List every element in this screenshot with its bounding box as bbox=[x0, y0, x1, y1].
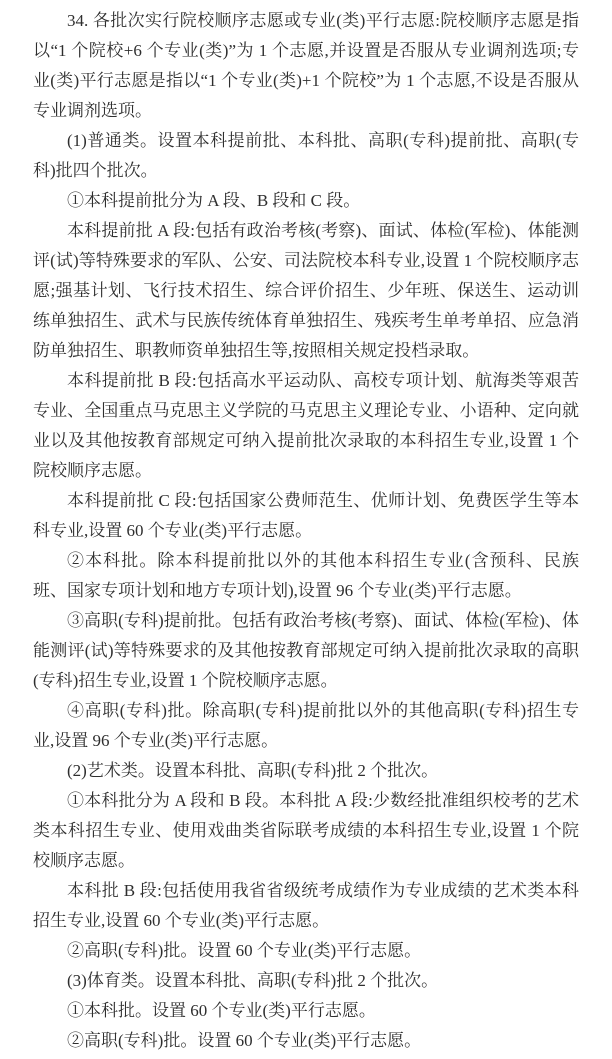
paragraph-art-undergrad-batch-a: ①本科批分为 A 段和 B 段。本科批 A 段:少数经批准组织校考的艺术类本科招… bbox=[33, 786, 579, 876]
paragraph-general-undergrad-batch: ②本科批。除本科提前批以外的其他本科招生专业(含预科、民族班、国家专项计划和地方… bbox=[33, 546, 579, 606]
paragraph-general-early-batch-b: 本科提前批 B 段:包括高水平运动队、高校专项计划、航海类等艰苦专业、全国重点马… bbox=[33, 366, 579, 486]
document-page: 34. 各批次实行院校顺序志愿或专业(类)平行志愿:院校顺序志愿是指以“1 个院… bbox=[0, 0, 612, 1059]
document-body: 34. 各批次实行院校顺序志愿或专业(类)平行志愿:院校顺序志愿是指以“1 个院… bbox=[33, 6, 579, 1056]
paragraph-general-vocational-batch: ④高职(专科)批。除高职(专科)提前批以外的其他高职(专科)招生专业,设置 96… bbox=[33, 696, 579, 756]
paragraph-sports-undergrad-batch: ①本科批。设置 60 个专业(类)平行志愿。 bbox=[33, 996, 579, 1026]
paragraph-general-vocational-early-batch: ③高职(专科)提前批。包括有政治考核(考察)、面试、体检(军检)、体能测评(试)… bbox=[33, 606, 579, 696]
paragraph-general-early-batch-a: 本科提前批 A 段:包括有政治考核(考察)、面试、体检(军检)、体能测评(试)等… bbox=[33, 216, 579, 366]
paragraph-category-2-art: (2)艺术类。设置本科批、高职(专科)批 2 个批次。 bbox=[33, 756, 579, 786]
paragraph-category-1-general: (1)普通类。设置本科提前批、本科批、高职(专科)提前批、高职(专科)批四个批次… bbox=[33, 126, 579, 186]
paragraph-item-34-intro: 34. 各批次实行院校顺序志愿或专业(类)平行志愿:院校顺序志愿是指以“1 个院… bbox=[33, 6, 579, 126]
paragraph-art-undergrad-batch-b: 本科批 B 段:包括使用我省省级统考成绩作为专业成绩的艺术类本科招生专业,设置 … bbox=[33, 876, 579, 936]
paragraph-category-3-sports: (3)体育类。设置本科批、高职(专科)批 2 个批次。 bbox=[33, 966, 579, 996]
paragraph-sports-vocational-batch: ②高职(专科)批。设置 60 个专业(类)平行志愿。 bbox=[33, 1026, 579, 1056]
paragraph-general-early-batch-segments: ①本科提前批分为 A 段、B 段和 C 段。 bbox=[33, 186, 579, 216]
paragraph-general-early-batch-c: 本科提前批 C 段:包括国家公费师范生、优师计划、免费医学生等本科专业,设置 6… bbox=[33, 486, 579, 546]
paragraph-art-vocational-batch: ②高职(专科)批。设置 60 个专业(类)平行志愿。 bbox=[33, 936, 579, 966]
